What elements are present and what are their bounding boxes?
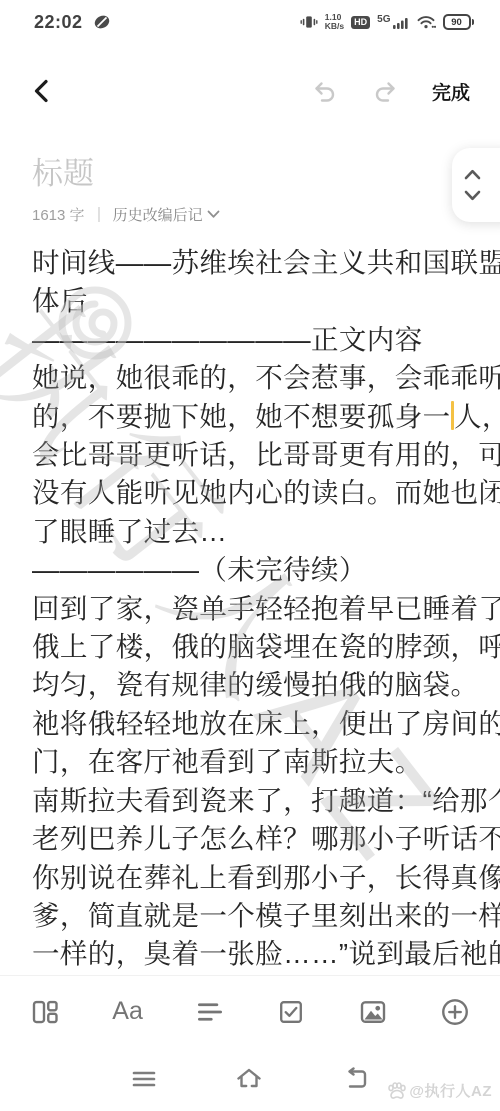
chevron-down-icon [207, 210, 220, 219]
text-line[interactable]: 一样的，臭着一张脸……”说到最后祂的 [32, 935, 500, 973]
editor-toolbar: Aa [0, 975, 500, 1047]
notification-icon [93, 14, 111, 30]
network-speed: 1.10 KB/s [325, 13, 344, 31]
text-line[interactable]: 回到了家，瓷单手轻轻抱着早已睡着了的 [32, 590, 500, 628]
recents-button[interactable] [131, 1068, 157, 1090]
text-line[interactable]: 没有人能听见她内心的读白。而她也闭上 [32, 474, 500, 512]
scroll-down-button[interactable] [464, 190, 481, 201]
insert-image-button[interactable] [358, 997, 388, 1027]
wifi-icon [416, 14, 436, 30]
text-line[interactable]: 她说，她很乖的，不会惹事，会乖乖听话 [32, 359, 500, 397]
vibrate-icon [300, 13, 318, 31]
back-nav-button[interactable] [341, 1067, 369, 1091]
home-button[interactable] [235, 1066, 263, 1092]
text-line[interactable]: 你别说在葬礼上看到那小子，长得真像祂 [32, 859, 500, 897]
status-bar: 22:02 1.10 KB/s HD [0, 0, 500, 44]
done-button[interactable]: 完成 [432, 78, 470, 105]
text-line[interactable]: 的，不要抛下她，她不想要孤身一人，她 [32, 398, 500, 436]
hd-volte-badge: HD [351, 16, 370, 29]
note-meta-row: 1613 字 ｜ 历史改编后记 [32, 204, 220, 225]
editor-top-bar: 完成 [0, 66, 500, 116]
text-line[interactable]: 爹，简直就是一个模子里刻出来的一样， [32, 897, 500, 935]
text-line[interactable]: ——————————正文内容 [32, 321, 500, 359]
text-line[interactable]: ——————（未完待续） [32, 551, 500, 589]
text-line[interactable]: 均匀，瓷有规律的缓慢拍俄的脑袋。 [32, 666, 500, 704]
scroll-pill [452, 148, 500, 222]
checklist-button[interactable] [277, 998, 305, 1026]
text-line[interactable]: 南斯拉夫看到瓷来了，打趣道：“给那个 [32, 782, 500, 820]
phone-screen: 22:02 1.10 KB/s HD [0, 0, 500, 1111]
text-style-button[interactable]: Aa [112, 997, 143, 1026]
template-button[interactable] [30, 997, 60, 1027]
scroll-up-button[interactable] [464, 169, 481, 180]
paragraph-align-button[interactable] [195, 997, 225, 1027]
paw-icon [387, 1082, 407, 1100]
text-line[interactable]: 老列巴养儿子怎么样？哪那小子听话不？ [32, 820, 500, 858]
text-line[interactable]: 祂将俄轻轻地放在床上，便出了房间的 [32, 705, 500, 743]
text-line[interactable]: 门，在客厅祂看到了南斯拉夫。 [32, 743, 500, 781]
add-button[interactable] [440, 997, 470, 1027]
text-line[interactable]: 会比哥哥更听话，比哥哥更有用的，可是 [32, 436, 500, 474]
category-selector[interactable]: 历史改编后记 [113, 204, 220, 225]
title-input-placeholder[interactable]: 标题 [32, 148, 94, 193]
redo-button[interactable] [372, 79, 398, 103]
text-line[interactable]: 了眼睡了过去… [32, 513, 500, 551]
system-nav-bar [0, 1047, 500, 1111]
clock: 22:02 [34, 12, 83, 33]
battery-level: 90 [443, 14, 471, 30]
corner-watermark: @执行人AZ [387, 1080, 492, 1101]
text-line[interactable]: 俄上了楼，俄的脑袋埋在瓷的脖颈，呼吸 [32, 628, 500, 666]
undo-button[interactable] [312, 79, 338, 103]
meta-separator: ｜ [92, 204, 107, 225]
text-line[interactable]: 体后 [32, 282, 500, 320]
body-text[interactable]: 时间线——苏维埃社会主义共和国联盟解体后——————————正文内容她说，她很乖… [32, 244, 500, 974]
back-button[interactable] [30, 78, 54, 104]
battery-icon: 90 [443, 14, 475, 30]
text-line[interactable]: 时间线——苏维埃社会主义共和国联盟解 [32, 244, 500, 282]
cellular-signal-icon: 5G [377, 13, 408, 31]
corner-watermark-text: @执行人AZ [409, 1080, 492, 1101]
word-count: 1613 字 [32, 204, 85, 225]
